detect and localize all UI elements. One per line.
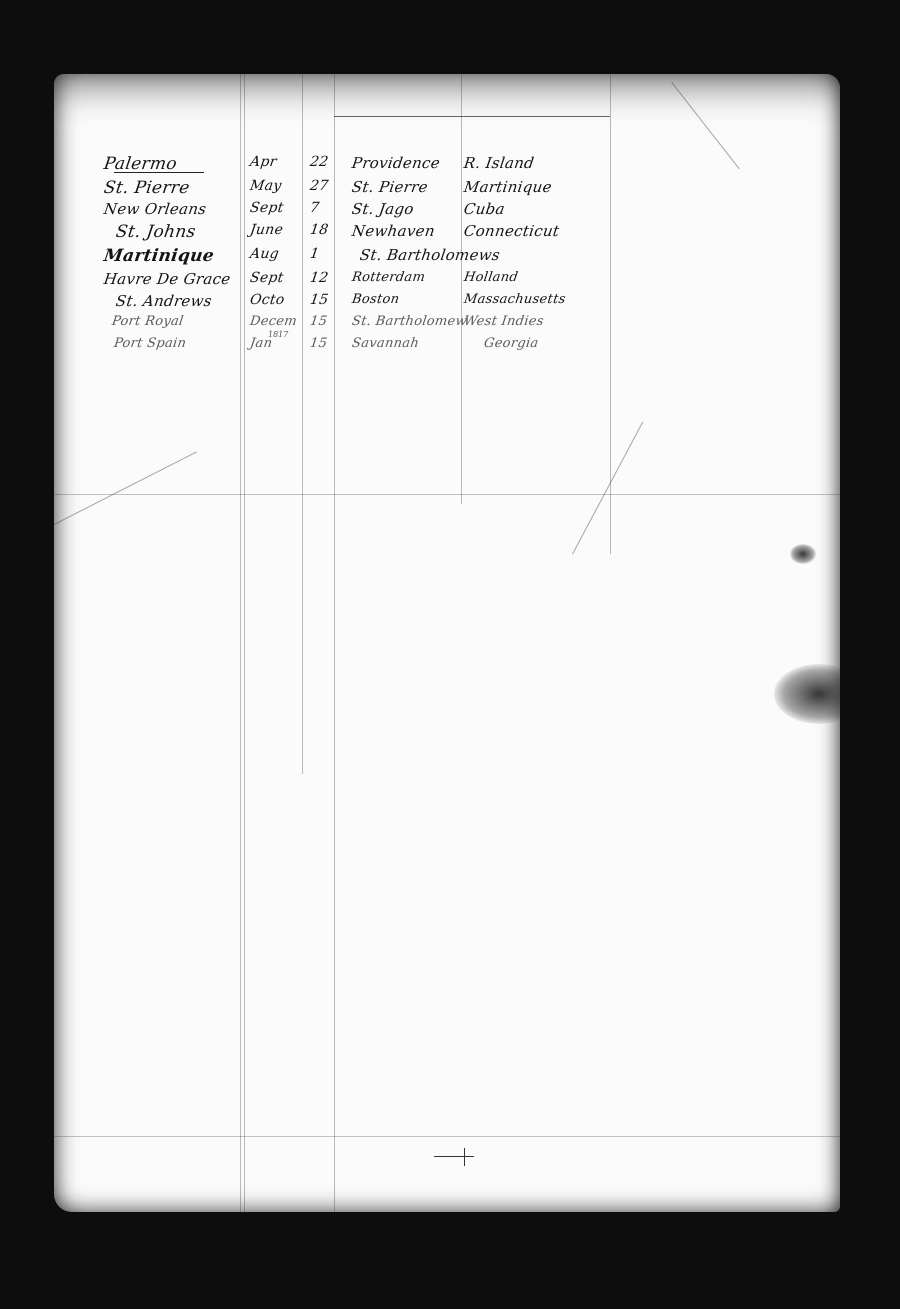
port-cell: Palermo xyxy=(103,154,179,174)
port-cell: Martinique xyxy=(103,246,216,266)
port-cell: St. Johns xyxy=(115,222,197,242)
region-cell: Holland xyxy=(463,270,519,285)
ledger-row: Havre De Grace Sept 12 Rotterdam Holland xyxy=(54,270,840,292)
faint-rule xyxy=(54,1136,840,1137)
region-cell: West Indies xyxy=(463,314,545,329)
port-cell: St. Andrews xyxy=(115,292,213,310)
header-rule xyxy=(334,116,610,117)
port-cell: Port Royal xyxy=(111,314,185,329)
ledger-row: Port Spain Jan 15 Savannah Georgia xyxy=(54,336,840,358)
column-rule xyxy=(244,74,245,1212)
destination-cell: Rotterdam xyxy=(351,270,426,285)
port-cell: New Orleans xyxy=(103,200,208,218)
port-cell: Port Spain xyxy=(113,336,187,351)
region-cell: R. Island xyxy=(463,154,536,172)
month-cell: Aug xyxy=(249,246,280,262)
destination-cell: St. Bartholomew xyxy=(351,314,468,329)
ink-stain xyxy=(790,544,816,564)
cross-mark xyxy=(434,1156,474,1157)
ledger-page: Palermo Apr 22 Providence R. Island St. … xyxy=(54,74,840,1212)
cross-mark xyxy=(464,1148,465,1166)
day-cell: 7 xyxy=(309,200,320,216)
month-cell: Sept xyxy=(249,200,285,216)
ledger-row: Port Royal Decem 15 St. Bartholomew West… xyxy=(54,314,840,336)
faint-rule xyxy=(54,494,840,495)
day-cell: 1 xyxy=(309,246,320,262)
destination-cell: Providence xyxy=(351,154,442,172)
destination-cell: St. Pierre xyxy=(351,178,429,196)
month-cell: Jan xyxy=(249,336,273,351)
day-cell: 22 xyxy=(309,154,330,170)
day-cell: 27 xyxy=(309,178,330,194)
scratch-line xyxy=(572,422,643,555)
region-cell: Georgia xyxy=(483,336,540,351)
port-cell: St. Pierre xyxy=(103,178,191,198)
month-cell: Decem xyxy=(249,314,298,329)
destination-cell: St. Bartholomews xyxy=(359,246,501,264)
destination-cell: Newhaven xyxy=(351,222,436,240)
scratch-line xyxy=(54,451,197,525)
day-cell: 15 xyxy=(309,336,328,351)
destination-cell: St. Jago xyxy=(351,200,415,218)
ledger-row: New Orleans Sept 7 St. Jago Cuba xyxy=(54,200,840,222)
column-rule xyxy=(334,74,335,1212)
region-cell: Martinique xyxy=(463,178,553,196)
day-cell: 15 xyxy=(309,314,328,329)
port-cell: Havre De Grace xyxy=(103,270,232,288)
day-cell: 15 xyxy=(309,292,330,308)
region-cell: Cuba xyxy=(463,200,506,218)
region-cell: Massachusetts xyxy=(463,292,567,307)
region-cell: Connecticut xyxy=(463,222,561,240)
day-cell: 18 xyxy=(309,222,330,238)
ledger-row: St. Johns June 18 Newhaven Connecticut xyxy=(54,222,840,244)
destination-cell: Boston xyxy=(351,292,400,307)
month-cell: Sept xyxy=(249,270,285,286)
flourish-line xyxy=(114,172,204,173)
month-cell: Octo xyxy=(249,292,286,308)
month-cell: Apr xyxy=(249,154,278,170)
month-cell: May xyxy=(249,178,283,194)
day-cell: 12 xyxy=(309,270,330,286)
month-cell: June xyxy=(249,222,284,238)
destination-cell: Savannah xyxy=(351,336,420,351)
edge-stain xyxy=(774,664,840,724)
ledger-row: Martinique Aug 1 St. Bartholomews xyxy=(54,246,840,268)
ledger-row: St. Pierre May 27 St. Pierre Martinique xyxy=(54,178,840,200)
ledger-row: St. Andrews Octo 15 Boston Massachusetts xyxy=(54,292,840,314)
column-rule xyxy=(240,74,241,1212)
